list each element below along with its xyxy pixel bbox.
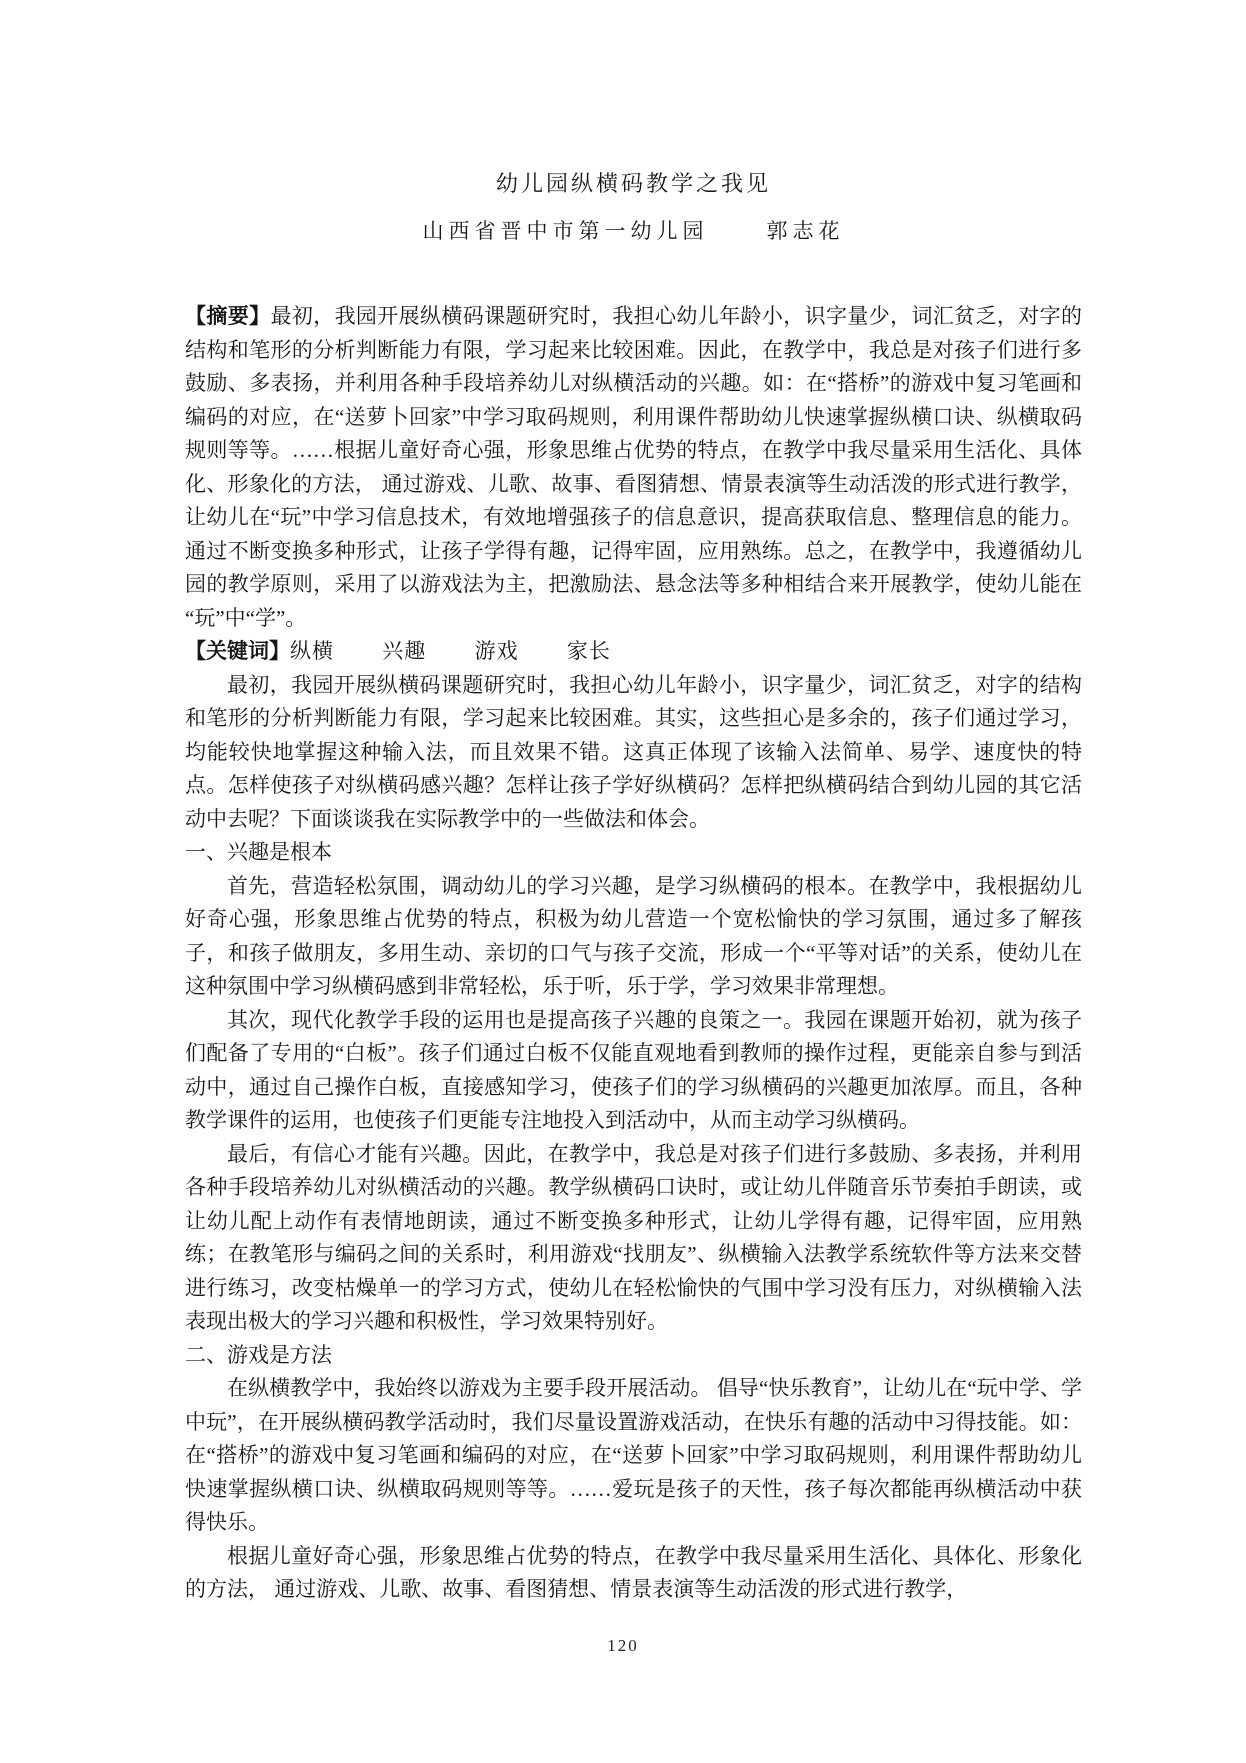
body-paragraph: 首先，营造轻松氛围，调动幼儿的学习兴趣，是学习纵横码的根本。在教学中，我根据幼儿… xyxy=(185,870,1082,1004)
keyword-item: 纵横 xyxy=(290,635,334,669)
abstract-paragraph: 【摘要】最初，我园开展纵横码课题研究时，我担心幼儿年龄小，识字量少，词汇贫乏，对… xyxy=(185,300,1082,635)
keyword-item: 兴趣 xyxy=(382,635,426,669)
section-heading: 二、游戏是方法 xyxy=(185,1339,1082,1373)
section-heading: 一、兴趣是根本 xyxy=(185,836,1082,870)
keywords-label: 【关键词】 xyxy=(185,639,290,663)
page-number: 120 xyxy=(0,1636,1246,1656)
body-paragraph: 在纵横教学中，我始终以游戏为主要手段开展活动。 倡导“快乐教育”，让幼儿在“玩中… xyxy=(185,1372,1082,1540)
keyword-item: 家长 xyxy=(567,635,611,669)
author-affiliation: 山西省晋中市第一幼儿园 xyxy=(423,219,709,243)
page-title: 幼儿园纵横码教学之我见 xyxy=(185,170,1082,198)
abstract-text: 最初，我园开展纵横码课题研究时，我担心幼儿年龄小，识字量少，词汇贫乏，对字的结构… xyxy=(185,304,1082,630)
body-paragraph: 其次，现代化教学手段的运用也是提高孩子兴趣的良策之一。我园在课题开始初，就为孩子… xyxy=(185,1004,1082,1138)
keyword-item: 游戏 xyxy=(475,635,519,669)
body-paragraph: 最初，我园开展纵横码课题研究时，我担心幼儿年龄小，识字量少，词汇贫乏，对字的结构… xyxy=(185,669,1082,837)
author-line: 山西省晋中市第一幼儿园郭志花 xyxy=(185,217,1082,245)
author-name: 郭志花 xyxy=(767,219,845,243)
body-paragraph: 根据儿童好奇心强，形象思维占优势的特点，在教学中我尽量采用生活化、具体化、形象化… xyxy=(185,1540,1082,1607)
abstract-label: 【摘要】 xyxy=(185,304,270,328)
keywords-line: 【关键词】纵横兴趣游戏家长 xyxy=(185,635,1082,669)
document-page: 幼儿园纵横码教学之我见 山西省晋中市第一幼儿园郭志花 【摘要】最初，我园开展纵横… xyxy=(185,0,1082,1607)
body-paragraph: 最后，有信心才能有兴趣。因此，在教学中，我总是对孩子们进行多鼓励、多表扬，并利用… xyxy=(185,1138,1082,1339)
